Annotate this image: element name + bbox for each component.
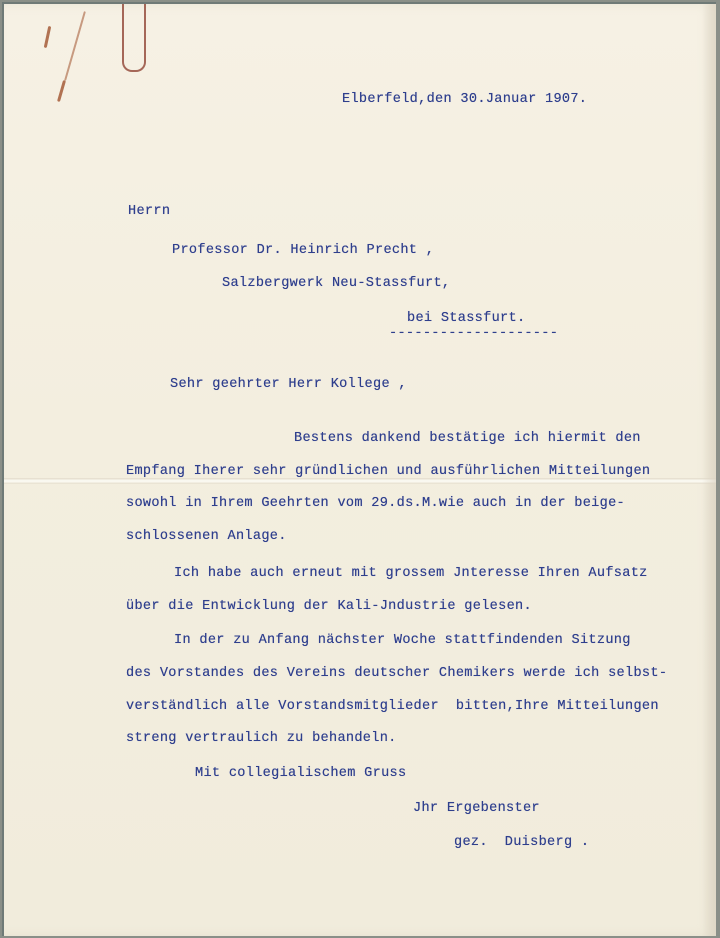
- paperclip-rust-mark: [122, 4, 146, 72]
- body-line: verständlich alle Vorstandsmitglieder bi…: [126, 699, 659, 714]
- body-line: streng vertraulich zu behandeln.: [126, 731, 397, 746]
- greeting: Sehr geehrter Herr Kollege ,: [170, 377, 407, 392]
- rust-stain-mark: [64, 11, 86, 81]
- body-line: Ich habe auch erneut mit grossem Jnteres…: [174, 566, 648, 581]
- recipient-name: Professor Dr. Heinrich Precht ,: [172, 243, 434, 258]
- body-line: In der zu Anfang nächster Woche stattfin…: [174, 633, 631, 648]
- recipient-prefix: Herrn: [128, 204, 170, 219]
- body-line: sowohl in Ihrem Geehrten vom 29.ds.M.wie…: [126, 496, 625, 511]
- letter-page: Elberfeld,den 30.Januar 1907. Herrn Prof…: [2, 2, 716, 936]
- recipient-address-line1: Salzbergwerk Neu-Stassfurt,: [222, 276, 450, 291]
- body-line: schlossenen Anlage.: [126, 529, 287, 544]
- paper-edge-shadow: [702, 4, 716, 936]
- address-underline: --------------------: [389, 326, 558, 341]
- body-line: über die Entwicklung der Kali-Jndustrie …: [126, 599, 532, 614]
- signature: gez. Duisberg .: [454, 835, 589, 850]
- closing: Mit collegialischem Gruss: [195, 766, 406, 781]
- rust-stain-mark: [57, 80, 66, 102]
- dateline: Elberfeld,den 30.Januar 1907.: [342, 92, 587, 107]
- body-line: Bestens dankend bestätige ich hiermit de…: [294, 431, 641, 446]
- rust-stain-mark: [44, 26, 52, 48]
- signoff: Jhr Ergebenster: [413, 801, 540, 816]
- body-line: Empfang Iherer sehr gründlichen und ausf…: [126, 464, 650, 479]
- body-line: des Vorstandes des Vereins deutscher Che…: [126, 666, 667, 681]
- recipient-address-line2: bei Stassfurt.: [407, 311, 525, 326]
